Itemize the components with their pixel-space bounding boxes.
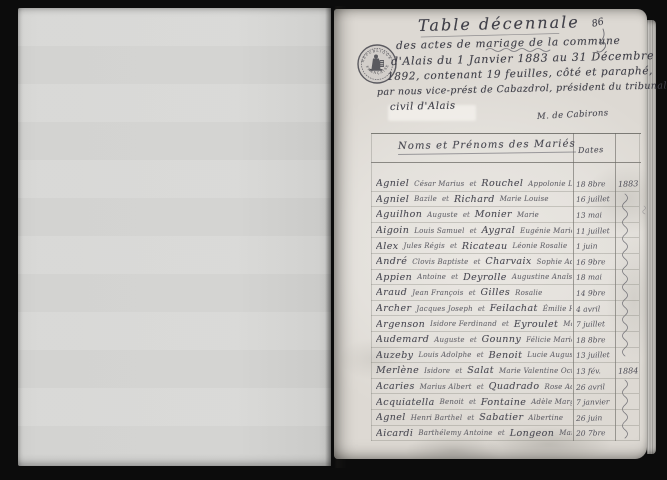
table-row: Agnel Henri Barthel et Sabatier Albertin… (371, 410, 641, 426)
marriage-year: 1883 (618, 179, 642, 189)
groom-given-names: Isidore (424, 367, 450, 375)
table-header-rule (371, 162, 641, 163)
bride-surname: Sabatier (479, 412, 523, 423)
bride-given-names: Eugénie Marie (520, 227, 572, 235)
table-row: Appien Antoine et Deyrolle Augustine Ana… (371, 270, 641, 286)
table-row: Audemard Auguste et Gounny Félicie Marie… (371, 332, 641, 348)
marriage-date: 26 avril (576, 382, 614, 392)
marriage-year (618, 355, 642, 356)
groom-surname: Alex (376, 241, 398, 252)
groom-surname: Merlène (376, 365, 419, 376)
marriage-date: 18 8bre (576, 179, 614, 189)
conjunction: et (451, 273, 458, 281)
conjunction: et (450, 242, 457, 250)
bride-surname: Salat (467, 365, 494, 376)
married-couple-names: Merlène Isidore et Salat Marie Valentine… (376, 363, 572, 379)
groom-given-names: Bazile (414, 195, 437, 203)
married-couple-names: Auzeby Louis Adolphe et Benoit Lucie Aug… (376, 348, 572, 364)
marriage-year (618, 308, 642, 309)
bride-surname: Charvaix (485, 256, 531, 267)
marriage-date: 13 juillet (576, 350, 614, 360)
bride-given-names: Appolonie Louise (528, 180, 572, 188)
bride-given-names: Marie Valentine Octavie (499, 367, 572, 375)
groom-given-names: Auguste (427, 211, 458, 219)
married-couple-names: Aguilhon Auguste et Monier Marie (376, 207, 572, 223)
marriage-year (618, 246, 642, 247)
marriage-year (618, 386, 642, 387)
title-line-6: civil d'Alais (390, 101, 456, 113)
groom-surname: Acaries (376, 381, 415, 392)
bride-given-names: Sophie Adeline (537, 258, 572, 266)
table-row: Agniel César Marius et Rouchel Appolonie… (371, 176, 641, 192)
conjunction: et (469, 289, 476, 297)
title-line-1: Table décennale (418, 12, 580, 35)
table-row: Acaries Marius Albert et Quadrado Rose A… (371, 379, 641, 395)
groom-given-names: Louis Adolphe (418, 351, 471, 359)
marriage-date: 7 juillet (576, 319, 614, 329)
table-row: Aigoin Louis Samuel et Aygral Eugénie Ma… (371, 223, 641, 239)
table-row: Aicardi Barthélemy Antoine et Longeon Ma… (371, 426, 641, 442)
groom-surname: Agniel (376, 194, 409, 205)
groom-surname: Aigoin (376, 225, 409, 236)
conjunction: et (469, 398, 476, 406)
married-couple-names: Acquiatella Benoit et Fontaine Adèle Mar… (376, 394, 572, 410)
marriage-date: 4 avril (576, 304, 614, 314)
marriage-date: 18 mai (576, 272, 614, 282)
table-row: Argenson Isidore Ferdinand et Eyroulet M… (371, 316, 641, 332)
table-row: Archer Jacques Joseph et Feilachat Émili… (371, 301, 641, 317)
married-couple-names: Acaries Marius Albert et Quadrado Rose A… (376, 379, 572, 395)
marriage-year (618, 402, 642, 403)
conjunction: et (470, 336, 477, 344)
conjunction: et (467, 414, 474, 422)
bride-given-names: Marie Julie (559, 429, 572, 437)
groom-surname: André (376, 256, 407, 267)
groom-given-names: Barthélemy Antoine (418, 429, 492, 437)
married-couple-names: Archer Jacques Joseph et Feilachat Émili… (376, 301, 572, 317)
bride-surname: Richard (454, 194, 495, 205)
groom-given-names: Jean François (412, 289, 463, 297)
column-header-date: Dates (578, 145, 604, 155)
bride-surname: Benoit (489, 350, 523, 361)
married-couple-names: Araud Jean François et Gilles Rosalie (376, 285, 572, 301)
groom-surname: Araud (376, 287, 407, 298)
conjunction: et (470, 227, 477, 235)
married-couple-names: Aigoin Louis Samuel et Aygral Eugénie Ma… (376, 223, 572, 239)
bride-surname: Gounny (482, 334, 521, 345)
bride-surname: Quadrado (489, 381, 540, 392)
marriage-date: 20 7bre (576, 428, 614, 438)
marriage-date: 7 janvier (576, 397, 614, 407)
marriage-date: 1 juin (576, 241, 614, 251)
column-header-names: Noms et Prénoms des Mariés (398, 139, 576, 155)
bride-surname: Gilles (481, 287, 511, 298)
marriage-year (618, 339, 642, 340)
groom-given-names: Benoit (440, 398, 464, 406)
marriage-date: 26 juin (576, 413, 614, 423)
conjunction: et (455, 367, 462, 375)
table-row: Merlène Isidore et Salat Marie Valentine… (371, 363, 641, 379)
conjunction: et (478, 305, 485, 313)
bride-given-names: Félicie Marie (526, 336, 572, 344)
groom-given-names: Jacques Joseph (416, 305, 472, 313)
bride-given-names: Lucie Augustine (527, 351, 572, 359)
bride-given-names: Émilie Rose Victorine (543, 305, 572, 313)
conjunction: et (442, 195, 449, 203)
conjunction: et (469, 180, 476, 188)
groom-surname: Appien (376, 272, 412, 283)
married-couple-names: Agniel Bazile et Richard Marie Louise (376, 192, 572, 208)
marriage-year (618, 324, 642, 325)
table-row: Auzeby Louis Adolphe et Benoit Lucie Aug… (371, 348, 641, 364)
table-row: Araud Jean François et Gilles Rosalie 14… (371, 285, 641, 301)
scanned-register-spread: RÉPUBLIQUE FRANÇAISE Table décennale des… (0, 0, 667, 480)
bride-given-names: Rosalie (515, 289, 542, 297)
groom-surname: Aguilhon (376, 209, 422, 220)
bride-surname: Monier (475, 209, 512, 220)
conjunction: et (498, 429, 505, 437)
table-row: Alex Jules Régis et Ricateau Léonie Rosa… (371, 238, 641, 254)
groom-given-names: Louis Samuel (414, 227, 464, 235)
marriage-year (618, 261, 642, 262)
marriage-year (618, 293, 642, 294)
conjunction: et (463, 211, 470, 219)
groom-surname: Audemard (376, 334, 429, 345)
groom-surname: Auzeby (376, 350, 413, 361)
marriage-date: 18 8bre (576, 335, 614, 345)
marriage-year (618, 199, 642, 200)
groom-surname: Agniel (376, 178, 409, 189)
bride-surname: Aygral (482, 225, 516, 236)
bride-surname: Feilachat (490, 303, 538, 314)
marriage-year (618, 215, 642, 216)
table-row: Agniel Bazile et Richard Marie Louise 16… (371, 192, 641, 208)
married-couple-names: Appien Antoine et Deyrolle Augustine Ana… (376, 270, 572, 286)
married-couple-names: Argenson Isidore Ferdinand et Eyroulet M… (376, 316, 572, 332)
groom-given-names: César Marius (414, 180, 464, 188)
groom-given-names: Marius Albert (420, 383, 472, 391)
bride-given-names: Augustine Anaïs (512, 273, 572, 281)
marriage-date: 16 9bre (576, 257, 614, 267)
married-couple-names: Agnel Henri Barthel et Sabatier Albertin… (376, 410, 572, 426)
marriage-year (618, 277, 642, 278)
conjunction: et (473, 258, 480, 266)
bride-given-names: Marie Louise (500, 195, 549, 203)
married-couple-names: André Clovis Baptiste et Charvaix Sophie… (376, 254, 572, 270)
marriage-year: 1884 (618, 366, 642, 376)
marriage-date: 14 9bre (576, 288, 614, 298)
bride-surname: Fontaine (481, 397, 526, 408)
bride-surname: Eyroulet (514, 319, 558, 330)
married-couple-names: Aicardi Barthélemy Antoine et Longeon Ma… (376, 426, 572, 442)
table-row: Acquiatella Benoit et Fontaine Adèle Mar… (371, 394, 641, 410)
conjunction: et (502, 320, 509, 328)
marriage-date: 13 mai (576, 210, 614, 220)
groom-given-names: Antoine (417, 273, 446, 281)
groom-surname: Agnel (376, 412, 406, 423)
married-couple-names: Agniel César Marius et Rouchel Appolonie… (376, 176, 572, 192)
bride-given-names: Marie (517, 211, 539, 219)
marriage-entries: Agniel César Marius et Rouchel Appolonie… (371, 176, 641, 442)
groom-given-names: Auguste (434, 336, 465, 344)
conjunction: et (477, 351, 484, 359)
marriage-date: 16 juillet (576, 194, 614, 204)
groom-given-names: Henri Barthel (411, 414, 463, 422)
bride-given-names: Rose Adèle (545, 383, 573, 391)
marriage-year (618, 433, 642, 434)
bride-surname: Deyrolle (463, 272, 507, 283)
groom-given-names: Jules Régis (403, 242, 444, 250)
table-top-rule (371, 133, 641, 134)
groom-surname: Aicardi (376, 428, 413, 439)
conjunction: et (477, 383, 484, 391)
marriage-year (618, 230, 642, 231)
table-row: Aguilhon Auguste et Monier Marie 13 mai (371, 207, 641, 223)
bride-surname: Longeon (510, 428, 555, 439)
bride-given-names: Adèle Marguerite (531, 398, 572, 406)
groom-given-names: Clovis Baptiste (412, 258, 468, 266)
marriage-date: 13 fév. (576, 366, 614, 376)
groom-surname: Argenson (376, 319, 425, 330)
table-row: André Clovis Baptiste et Charvaix Sophie… (371, 254, 641, 270)
bride-surname: Rouchel (481, 178, 523, 189)
bride-surname: Ricateau (462, 241, 508, 252)
bride-given-names: Léonie Rosalie (513, 242, 568, 250)
groom-given-names: Isidore Ferdinand (430, 320, 497, 328)
married-couple-names: Alex Jules Régis et Ricateau Léonie Rosa… (376, 238, 572, 254)
married-couple-names: Audemard Auguste et Gounny Félicie Marie (376, 332, 572, 348)
marriage-date: 11 juillet (576, 226, 614, 236)
groom-surname: Acquiatella (376, 397, 435, 408)
left-blank-page (18, 8, 331, 466)
marriage-year (618, 417, 642, 418)
bride-given-names: Marie Rose (563, 320, 572, 328)
bride-given-names: Albertine (528, 414, 563, 422)
groom-surname: Archer (376, 303, 411, 314)
